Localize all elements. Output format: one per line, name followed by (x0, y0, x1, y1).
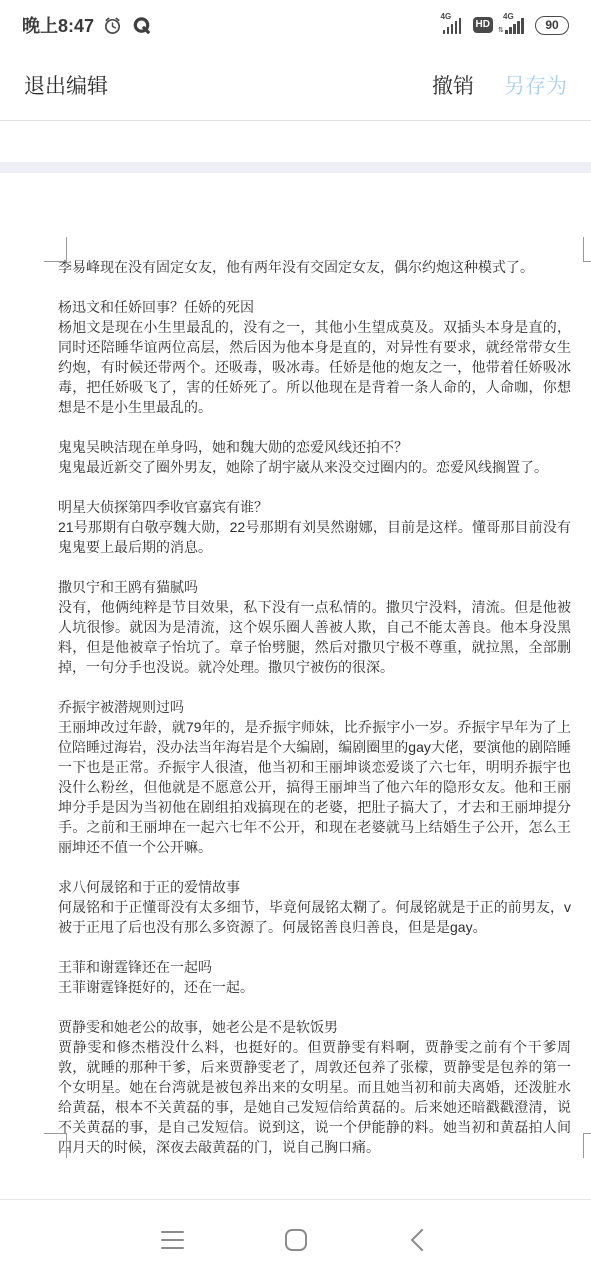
margin-corner-mark-bottom-left (44, 1133, 67, 1158)
doc-question: 乔振宇被潜规则过吗 (58, 697, 571, 717)
alarm-clock-icon (103, 16, 122, 35)
undo-button[interactable]: 撤销 (432, 70, 474, 100)
doc-paragraph: 杨旭文是现在小生里最乱的，没有之一，其他小生望成莫及。双插头本身是直的，同时还陪… (58, 317, 571, 417)
back-chevron-icon (410, 1229, 433, 1252)
doc-section: 乔振宇被潜规则过吗 王丽坤改过年龄，就79年的，是乔振宇师妹，比乔振宇小一岁。乔… (58, 697, 571, 857)
doc-question: 贾静雯和她老公的故事，她老公是不是软饭男 (58, 1017, 571, 1037)
doc-section: 求八何晟铭和于正的爱情故事 何晟铭和于正懂哥没有太多细节，毕竟何晟铭太糊了。何晟… (58, 877, 571, 937)
doc-section: 明星大侦探第四季收官嘉宾有谁？ 21号那期有白敬亭魏大勋，22号那期有刘昊然谢娜… (58, 497, 571, 557)
doc-section: 王菲和谢霆锋还在一起吗 王菲谢霆锋挺好的，还在一起。 (58, 957, 571, 997)
margin-corner-mark-top-right (583, 237, 591, 262)
doc-paragraph: 鬼鬼最近新交了圈外男友，她除了胡宇崴从来没交过圈内的。恋爱风线搁置了。 (58, 457, 571, 477)
recents-menu-button[interactable] (111, 1200, 234, 1280)
exit-edit-button[interactable]: 退出编辑 (24, 70, 108, 100)
doc-question: 王菲和谢霆锋还在一起吗 (58, 957, 571, 977)
battery-icon: 90 (535, 16, 569, 35)
doc-question: 杨迅文和任娇回事？任娇的死因 (58, 297, 571, 317)
android-nav-bar (0, 1199, 591, 1280)
q-app-icon (131, 15, 152, 36)
menu-icon (161, 1231, 184, 1249)
back-button[interactable] (357, 1200, 480, 1280)
doc-section: 杨迅文和任娇回事？任娇的死因 杨旭文是现在小生里最乱的，没有之一，其他小生望成莫… (58, 297, 571, 417)
doc-paragraph: 李易峰现在没有固定女友，他有两年没有交固定女友，偶尔约炮这种模式了。 (58, 257, 571, 277)
page-gap-band (0, 162, 591, 173)
doc-paragraph: 没有，他俩纯粹是节目效果，私下没有一点私情的。撒贝宁没料，清流。但是他被人坑很惨… (58, 597, 571, 677)
status-bar: 晚上8:47 4G HD 4G ⇅ 90 (0, 0, 591, 50)
doc-question: 求八何晟铭和于正的爱情故事 (58, 877, 571, 897)
doc-question: 撒贝宁和王鸥有猫腻吗 (58, 577, 571, 597)
doc-paragraph: 王丽坤改过年龄，就79年的，是乔振宇师妹，比乔振宇小一岁。乔振宇早年为了上位陪睡… (58, 717, 571, 857)
volte-hd-icon: HD (473, 17, 493, 33)
doc-section: 贾静雯和她老公的故事，她老公是不是软饭男 贾静雯和修杰楷没什么料，也挺好的。但贾… (58, 1017, 571, 1157)
doc-paragraph: 21号那期有白敬亭魏大勋，22号那期有刘昊然谢娜，目前是这样。懂哥那目前没有鬼鬼… (58, 517, 571, 557)
signal-strength-icon-sim2: 4G ⇅ (501, 15, 527, 35)
document-content[interactable]: 李易峰现在没有固定女友，他有两年没有交固定女友，偶尔约炮这种模式了。 杨迅文和任… (58, 257, 571, 1157)
document-page[interactable]: 李易峰现在没有固定女友，他有两年没有交固定女友，偶尔约炮这种模式了。 杨迅文和任… (0, 173, 591, 1200)
home-button[interactable] (234, 1200, 357, 1280)
doc-paragraph: 王菲谢霆锋挺好的，还在一起。 (58, 977, 571, 997)
doc-question: 鬼鬼吴映洁现在单身吗，她和魏大勋的恋爱风线还拍不？ (58, 437, 571, 457)
doc-paragraph: 何晟铭和于正懂哥没有太多细节，毕竟何晟铭太糊了。何晟铭就是于正的前男友，v被于正… (58, 897, 571, 937)
doc-section: 李易峰现在没有固定女友，他有两年没有交固定女友，偶尔约炮这种模式了。 (58, 257, 571, 277)
doc-section: 鬼鬼吴映洁现在单身吗，她和魏大勋的恋爱风线还拍不？ 鬼鬼最近新交了圈外男友，她除… (58, 437, 571, 477)
margin-corner-mark-bottom-right (583, 1133, 591, 1158)
save-as-button[interactable]: 另存为 (504, 70, 567, 100)
doc-paragraph: 贾静雯和修杰楷没什么料，也挺好的。但贾静雯有料啊，贾静雯之前有个干爹周敦，就睡的… (58, 1037, 571, 1157)
clock-time: 晚上8:47 (22, 12, 94, 38)
doc-question: 明星大侦探第四季收官嘉宾有谁？ (58, 497, 571, 517)
edit-toolbar: 退出编辑 撤销 另存为 (0, 50, 591, 121)
signal-strength-icon-sim1: 4G (439, 15, 465, 35)
margin-corner-mark-top-left (44, 237, 67, 262)
doc-section: 撒贝宁和王鸥有猫腻吗 没有，他俩纯粹是节目效果，私下没有一点私情的。撒贝宁没料，… (58, 577, 571, 677)
home-icon (285, 1229, 307, 1251)
